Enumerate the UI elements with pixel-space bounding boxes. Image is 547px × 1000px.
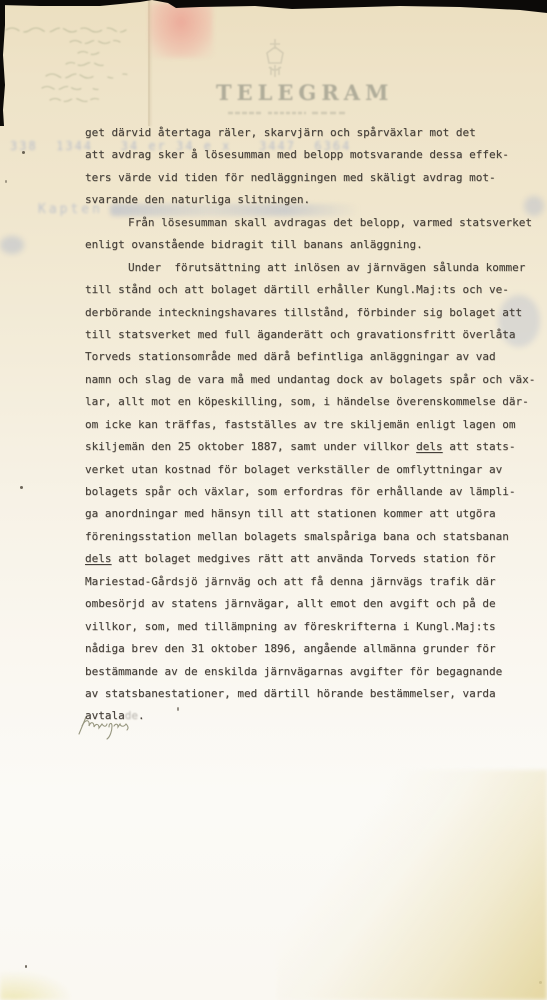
typed-line: att avdrag sker å lösesumman med belopp …: [85, 144, 545, 166]
typed-line: ters värde vid tiden för nedläggningen m…: [85, 167, 545, 189]
typed-line: skiljemän den 25 oktober 1887, samt unde…: [85, 436, 545, 458]
crown-emblem-icon: [260, 37, 290, 79]
speck: [5, 180, 7, 183]
typed-line: bestämmande av de enskilda järnvägarnas …: [85, 661, 545, 683]
typed-line: derbörande inteckningshavares tillstånd,…: [85, 302, 545, 324]
typed-line: Torveds stationsområde med därå befintli…: [85, 346, 545, 368]
speck: [20, 486, 23, 489]
typed-line: ombesörjd av statens järnvägar, allt emo…: [85, 593, 545, 615]
typed-line: svarande den naturliga slitningen.: [85, 189, 545, 211]
typed-line: verket utan kostnad för bolaget verkstäl…: [85, 459, 545, 481]
bottom-right-shade: [277, 770, 547, 1000]
typed-line: villkor, som, med tillämpning av föreskr…: [85, 616, 545, 638]
letterhead-subtitle-illegible: [228, 108, 348, 118]
blue-smudge: [0, 236, 24, 254]
typed-line: till stånd och att bolaget därtill erhål…: [85, 279, 545, 301]
typed-line: föreningsstation mellan bolagets smalspå…: [85, 526, 545, 548]
typed-line: get därvid återtaga räler, skarvjärn och…: [85, 122, 545, 144]
typed-text: get därvid återtaga räler, skarvjärn och…: [85, 122, 545, 728]
typed-line: bolagets spår och växlar, som erfordras …: [85, 481, 545, 503]
typed-line: enligt ovanstående bidragit till banans …: [85, 234, 545, 256]
speck: [25, 965, 27, 968]
typed-line: Från lösesumman skall avdragas det belop…: [85, 212, 545, 234]
typed-line: avtalade.: [85, 705, 545, 727]
letterhead-title: TELEGRAM: [216, 80, 393, 105]
typed-line: om icke kan träffas, fastställes av tre …: [85, 414, 545, 436]
typed-line: av statsbanestationer, med därtill höran…: [85, 683, 545, 705]
faded-letterhead-script: [0, 20, 160, 110]
typed-line: namn och slag de vara må med undantag do…: [85, 369, 545, 391]
bottom-left-shade: [0, 972, 70, 1000]
typed-line: dels att bolaget medgives rätt att använ…: [85, 548, 545, 570]
typed-line: till statsverket med full äganderätt och…: [85, 324, 545, 346]
typed-line: Under förutsättning att inlösen av järnv…: [85, 257, 545, 279]
typed-line: ga anordningar med hänsyn till att stati…: [85, 503, 545, 525]
typed-line: nådiga brev den 31 oktober 1896, angåend…: [85, 638, 545, 660]
typed-line: Mariestad-Gårdsjö järnväg och att få den…: [85, 571, 545, 593]
typed-line: lar, allt mot en köpeskilling, som, i hä…: [85, 391, 545, 413]
scanned-telegram-page: TELEGRAM 338 1344 34 er 34 e x 3447 6364…: [0, 0, 547, 1000]
speck: [22, 151, 25, 154]
